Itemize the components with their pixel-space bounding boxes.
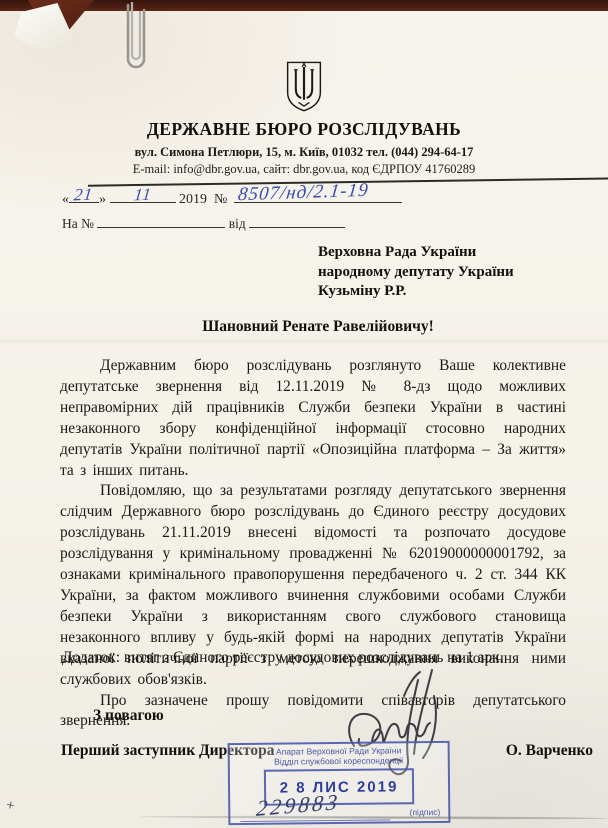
paper-crease (0, 338, 608, 344)
recipient-line-1: Верховна Рада України (318, 243, 514, 263)
month-blank: 11 (110, 202, 176, 203)
reply-from-label: від (229, 216, 246, 231)
number-label: № (214, 192, 227, 207)
day-blank: 21 (69, 202, 99, 203)
year-label: 2019 (179, 192, 207, 207)
reply-date-blank (249, 227, 345, 228)
reply-reference-line: На № від (62, 216, 345, 232)
reply-number-blank (97, 227, 225, 228)
reply-label: На № (62, 216, 94, 231)
signer-name: О. Варченко (506, 742, 593, 760)
salutation: Шановний Ренате Равелійовичу! (0, 318, 608, 336)
attachment-note: Додаток: витяг з Єдиного реєстру досудов… (62, 649, 504, 667)
number-blank: 8507/нд/2.1-19 (234, 202, 402, 203)
stamp-dept-line: Відділ службової кореспонденції (230, 755, 448, 767)
org-address: вул. Симона Петлюри, 15, м. Київ, 01032 … (0, 145, 608, 160)
handwritten-day: 21 (73, 185, 94, 206)
letterhead: ДЕРЖАВНЕ БЮРО РОЗСЛІДУВАНЬ вул. Симона П… (0, 60, 608, 177)
recipient-line-3: Кузьміну Р.Р. (318, 282, 514, 302)
quote-open: « (62, 192, 69, 207)
handwritten-number: 8507/нд/2.1-19 (237, 180, 370, 207)
closing-phrase: З повагою (93, 707, 164, 725)
handwritten-month: 11 (132, 185, 152, 206)
stamp-number-underline (240, 819, 390, 822)
letter-body: Державним бюро розслідувань розглянуто В… (60, 356, 566, 732)
reference-line: «21» 11 2019 № 8507/нд/2.1-19 (62, 192, 402, 208)
recipient-block: Верховна Рада України народному депутату… (318, 243, 514, 302)
scanned-letter-page: ДЕРЖАВНЕ БЮРО РОЗСЛІДУВАНЬ вул. Симона П… (0, 0, 608, 828)
paragraph-1: Державним бюро розслідувань розглянуто В… (60, 356, 566, 481)
org-name: ДЕРЖАВНЕ БЮРО РОЗСЛІДУВАНЬ (0, 119, 608, 140)
org-contacts: E-mail: info@dbr.gov.ua, сайт: dbr.gov.u… (0, 162, 608, 177)
pen-margin-mark: + (3, 797, 16, 816)
ukraine-trident-emblem (284, 60, 324, 114)
recipient-line-2: народному депутату України (318, 263, 514, 283)
quote-close: » (99, 192, 106, 207)
incoming-registration-stamp: Апарат Верховної Ради України Відділ слу… (228, 741, 451, 825)
